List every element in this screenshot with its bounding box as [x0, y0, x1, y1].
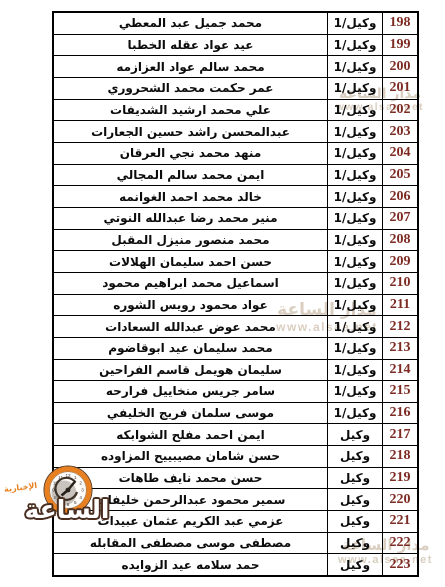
table-row: منير محمد رضا عبدالله النوتي وكيل/1 207 [54, 207, 417, 229]
table-row: محمد جميل عبد المعطي وكيل/1 198 [54, 13, 417, 34]
rank-cell: وكيل/1 [327, 13, 383, 34]
table-row: موسى سلمان فريج الخليفي وكيل/1 216 [54, 402, 417, 424]
name-cell: خالد محمد احمد الغوانمه [54, 186, 327, 207]
number-cell: 198 [383, 13, 417, 34]
table-row: محمد عوض عبدالله السعادات وكيل/1 212 [54, 315, 417, 337]
table-row: محمد سالم عواد العزازمه وكيل/1 200 [54, 55, 417, 77]
number-cell: 211 [383, 295, 417, 316]
rank-cell: وكيل [327, 424, 383, 445]
number-cell: 205 [383, 165, 417, 186]
number-cell: 216 [383, 403, 417, 424]
rank-cell: وكيل/1 [327, 403, 383, 424]
number-cell: 199 [383, 35, 417, 56]
name-cell: محمد منصور منيزل المقبل [54, 230, 327, 251]
table-row: اسماعيل محمد ابراهيم محمود وكيل/1 210 [54, 272, 417, 294]
name-cell: حسن احمد سليمان الهلالات [54, 251, 327, 272]
number-cell: 212 [383, 316, 417, 337]
rank-cell: وكيل/1 [327, 381, 383, 402]
rank-cell: وكيل [327, 468, 383, 489]
number-cell: 220 [383, 489, 417, 510]
name-cell: محمد سالم عواد العزازمه [54, 56, 327, 77]
rank-cell: وكيل [327, 446, 383, 467]
rank-cell: وكيل [327, 533, 383, 554]
rank-cell: وكيل/1 [327, 251, 383, 272]
number-cell: 203 [383, 121, 417, 142]
svg-text:2: 2 [79, 480, 82, 485]
logo-word-alsaa: الساعة [10, 497, 124, 522]
number-cell: 219 [383, 468, 417, 489]
number-cell: 208 [383, 230, 417, 251]
table-row: ايمن محمد سالم المجالي وكيل/1 205 [54, 164, 417, 186]
table-row: ايمن احمد مفلح الشوابكه وكيل 217 [54, 423, 417, 445]
rank-cell: وكيل/1 [327, 186, 383, 207]
number-cell: 213 [383, 338, 417, 359]
name-cell: سليمان هويمل قاسم الفراحين [54, 360, 327, 381]
number-cell: 207 [383, 208, 417, 229]
number-cell: 200 [383, 56, 417, 77]
table-row: عمر حكمت محمد الشحروري وكيل/1 201 [54, 77, 417, 99]
table-row: سليمان هويمل قاسم الفراحين وكيل/1 214 [54, 359, 417, 381]
name-cell: منير محمد رضا عبدالله النوتي [54, 208, 327, 229]
number-cell: 202 [383, 100, 417, 121]
table-row: عواد محمود رويس الشوره وكيل/1 211 [54, 294, 417, 316]
number-cell: 209 [383, 251, 417, 272]
rank-cell: وكيل/1 [327, 316, 383, 337]
scanned-page: مدار الساعة www.alsaa.net مدار الساعة ww… [0, 0, 445, 587]
number-cell: 215 [383, 381, 417, 402]
rank-cell: وكيل/1 [327, 208, 383, 229]
svg-text:3: 3 [81, 488, 84, 493]
rank-cell: وكيل/1 [327, 273, 383, 294]
name-cell: عواد محمود رويس الشوره [54, 295, 327, 316]
rank-cell: وكيل [327, 489, 383, 510]
number-cell: 218 [383, 446, 417, 467]
rank-cell: وكيل/1 [327, 143, 383, 164]
number-cell: 214 [383, 360, 417, 381]
table-row: خالد محمد احمد الغوانمه وكيل/1 206 [54, 185, 417, 207]
name-cell: منهد محمد نجي العرقان [54, 143, 327, 164]
rank-cell: وكيل/1 [327, 56, 383, 77]
name-cell: محمد سليمان عيد ابوقاضوم [54, 338, 327, 359]
name-cell: ايمن احمد مفلح الشوابكه [54, 424, 327, 445]
rank-cell: وكيل/1 [327, 295, 383, 316]
table-row: محمد منصور منيزل المقبل وكيل/1 208 [54, 229, 417, 251]
number-cell: 217 [383, 424, 417, 445]
name-cell: عمر حكمت محمد الشحروري [54, 78, 327, 99]
name-cell: حمد سلامه عيد الزوايده [54, 554, 327, 575]
table-row: علي محمد ارشيد الشديفات وكيل/1 202 [54, 99, 417, 121]
table-row: حسن احمد سليمان الهلالات وكيل/1 209 [54, 250, 417, 272]
rank-cell: وكيل [327, 554, 383, 575]
number-cell: 210 [383, 273, 417, 294]
name-cell: موسى سلمان فريج الخليفي [54, 403, 327, 424]
name-cell: علي محمد ارشيد الشديفات [54, 100, 327, 121]
table-row: مصطفى موسى مصطفى المقابله وكيل 222 [54, 532, 417, 554]
number-cell: 221 [383, 511, 417, 532]
rank-cell: وكيل/1 [327, 100, 383, 121]
rank-cell: وكيل/1 [327, 165, 383, 186]
name-cell: عبدالمحسن راشد حسين الجعارات [54, 121, 327, 142]
table-row: محمد سليمان عيد ابوقاضوم وكيل/1 213 [54, 337, 417, 359]
table-row: سامر جريس منخاييل فرارحه وكيل/1 215 [54, 380, 417, 402]
name-cell: محمد جميل عبد المعطي [54, 13, 327, 34]
number-cell: 201 [383, 78, 417, 99]
name-cell: اسماعيل محمد ابراهيم محمود [54, 273, 327, 294]
rank-cell: وكيل [327, 511, 383, 532]
name-cell: سامر جريس منخاييل فرارحه [54, 381, 327, 402]
table-row: عيد عواد عقله الخطبا وكيل/1 199 [54, 34, 417, 56]
table-row: منهد محمد نجي العرقان وكيل/1 204 [54, 142, 417, 164]
table-row: حمد سلامه عيد الزوايده وكيل 223 [54, 553, 417, 575]
rank-cell: وكيل/1 [327, 121, 383, 142]
rank-cell: وكيل/1 [327, 78, 383, 99]
rank-cell: وكيل/1 [327, 230, 383, 251]
number-cell: 222 [383, 533, 417, 554]
name-cell: عيد عواد عقله الخطبا [54, 35, 327, 56]
number-cell: 223 [383, 554, 417, 575]
name-cell: ايمن محمد سالم المجالي [54, 165, 327, 186]
number-cell: 204 [383, 143, 417, 164]
svg-text:1: 1 [74, 475, 77, 480]
rank-cell: وكيل/1 [327, 338, 383, 359]
name-cell: مصطفى موسى مصطفى المقابله [54, 533, 327, 554]
clock-center-dot [66, 488, 71, 493]
name-cell: محمد عوض عبدالله السعادات [54, 316, 327, 337]
madar-alsaa-logo: مدار 121234567891011 الإخبارية الساعة [4, 461, 134, 533]
rank-cell: وكيل/1 [327, 360, 383, 381]
table-row: عبدالمحسن راشد حسين الجعارات وكيل/1 203 [54, 120, 417, 142]
number-cell: 206 [383, 186, 417, 207]
rank-cell: وكيل/1 [327, 35, 383, 56]
